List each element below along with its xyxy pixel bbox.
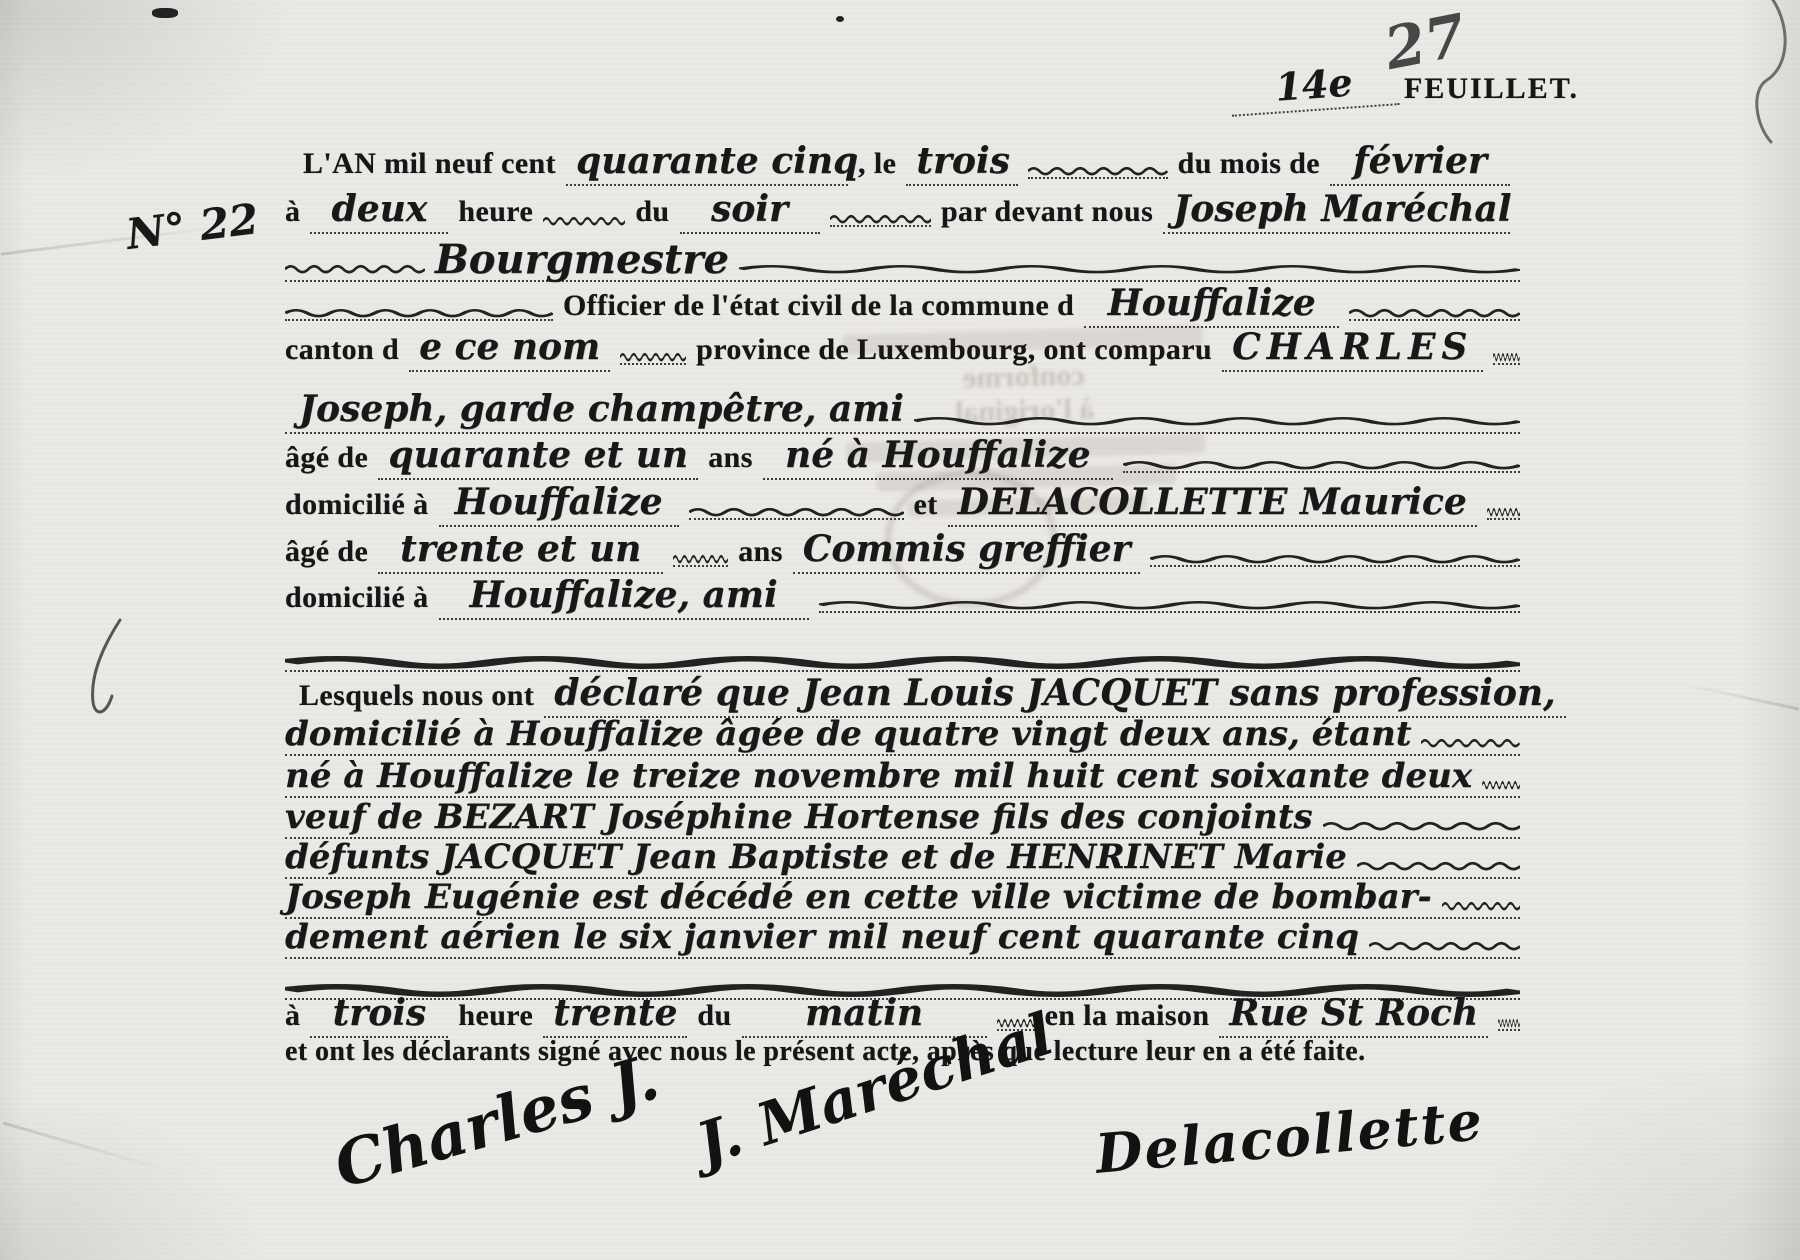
written-age2: trente et un [378, 528, 663, 574]
ink-squiggle [1482, 777, 1520, 791]
form-line-domicile2: domicilié à Houffalize, ami [285, 574, 1520, 618]
declaration-line: Joseph Eugénie est décédé en cette ville… [285, 877, 1520, 919]
ink-squiggle [1028, 163, 1167, 179]
ink-squiggle [673, 551, 728, 567]
printed-text: ans [708, 441, 753, 475]
declaration-line: domicilié à Houffalize âgée de quatre vi… [285, 714, 1520, 756]
ink-squiggle [285, 261, 425, 275]
paperclip-wire [1715, 0, 1800, 165]
written-age1: quarante et un [378, 434, 698, 480]
written-commune: Houffalize [1084, 282, 1339, 328]
ink-squiggle [689, 504, 904, 520]
written-declarant1-details: Joseph, garde champêtre, ami [299, 388, 904, 430]
form-line-age1: âgé de quarante et un ans né à Houffaliz… [285, 434, 1520, 478]
ink-squiggle [1349, 305, 1520, 321]
printed-text: en la maison [1045, 999, 1210, 1033]
declaration-line: veuf de BEZART Joséphine Hortense fils d… [285, 797, 1520, 839]
ink-squiggle [1421, 735, 1520, 749]
ink-squiggle [1357, 858, 1520, 872]
printed-text: province de Luxembourg, ont comparu [696, 333, 1212, 367]
paper-crease [3, 1122, 167, 1172]
ink-speck [152, 8, 178, 18]
written-declaration: né à Houffalize le treize novembre mil h… [285, 756, 1472, 796]
printed-text: Lesquels nous ont [299, 679, 534, 713]
ink-squiggle [1123, 457, 1520, 473]
ink-squiggle [1493, 349, 1520, 365]
written-hour: deux [310, 188, 448, 234]
form-line-declarant1: Joseph, garde champêtre, ami [285, 388, 1520, 434]
printed-text: du [635, 195, 669, 229]
ink-squiggle [1498, 1015, 1520, 1031]
printed-text: Officier de l'état civil de la commune d [563, 289, 1074, 323]
ink-squiggle [914, 413, 1520, 427]
form-line-year: L'AN mil neuf cent quarante cinq , le tr… [285, 140, 1520, 184]
written-declaration: dement aérien le six janvier mil neuf ce… [285, 917, 1359, 957]
written-officer-title: Bourgmestre [435, 236, 729, 283]
ink-squiggle [543, 213, 625, 227]
written-profession2: Commis greffier [793, 528, 1141, 574]
written-birthplace1: né à Houffalize [763, 434, 1113, 480]
ink-squiggle [1487, 504, 1520, 520]
ink-squiggle [1442, 898, 1520, 912]
ink-squiggle [830, 211, 931, 227]
written-officer-name: Joseph Maréchal [1163, 188, 1510, 234]
written-month: février [1330, 140, 1510, 186]
written-declaration: défunts JACQUET Jean Baptiste et de HENR… [285, 837, 1347, 877]
printed-text: , le [858, 147, 896, 181]
written-year: quarante cinq [566, 140, 848, 186]
ink-squiggle [1369, 938, 1520, 952]
written-death-minutes: trente [543, 992, 687, 1038]
ink-speck [836, 16, 844, 22]
form-line-hour: à deux heure du soir par devant nous Jos… [285, 188, 1520, 232]
sheet-number: 14e [1228, 56, 1399, 117]
printed-text: domicilié à [285, 488, 429, 522]
written-day: trois [906, 140, 1018, 186]
written-domicile1: Houffalize [439, 481, 679, 527]
written-death-place: Rue St Roch [1219, 992, 1488, 1038]
written-canton: e ce nom [409, 326, 610, 372]
ink-squiggle [819, 597, 1520, 613]
printed-text: âgé de [285, 535, 368, 569]
form-line-death-time: à trois heure trente du matin en la mais… [285, 992, 1520, 1036]
scanned-death-certificate: conforme à l'original 27 14e FEUILLET. N… [0, 0, 1800, 1260]
act-number: N° 22 [124, 194, 261, 259]
written-declarant2-name: DELACOLLETTE Maurice [948, 481, 1477, 527]
ink-squiggle [1323, 818, 1520, 832]
form-line-declaration-start: Lesquels nous ont déclaré que Jean Louis… [285, 672, 1520, 716]
printed-text: heure [458, 999, 533, 1033]
pencil-checkmark [80, 618, 150, 733]
ink-squiggle [285, 305, 553, 321]
ink-squiggle [285, 652, 1520, 672]
printed-text: et [914, 488, 938, 522]
sheet-header: 14e FEUILLET. [1230, 62, 1579, 111]
printed-text: canton d [285, 333, 399, 367]
written-domicile2: Houffalize, ami [439, 574, 809, 620]
signature-declarant2: Delacollette [1093, 1088, 1486, 1186]
paper-crease [1681, 683, 1799, 711]
ink-squiggle [739, 261, 1520, 275]
form-line-domicile1: domicilié à Houffalize et DELACOLLETTE M… [285, 481, 1520, 525]
separator-scribble [285, 630, 1520, 674]
written-death-hour: trois [310, 992, 448, 1038]
printed-text: du [697, 999, 731, 1033]
form-line-commune: Officier de l'état civil de la commune d… [285, 282, 1520, 326]
printed-text: L'AN mil neuf cent [303, 147, 556, 181]
written-period: soir [680, 188, 820, 234]
written-declarant1-surname: CHARLES [1222, 326, 1483, 372]
printed-text: à [285, 195, 300, 229]
declaration-line: né à Houffalize le treize novembre mil h… [285, 756, 1520, 798]
form-line-age2: âgé de trente et un ans Commis greffier [285, 528, 1520, 572]
printed-text: par devant nous [941, 195, 1153, 229]
written-declaration: domicilié à Houffalize âgée de quatre vi… [285, 714, 1411, 754]
form-line-title: Bourgmestre [285, 236, 1520, 282]
written-declaration: Joseph Eugénie est décédé en cette ville… [285, 877, 1432, 917]
written-declaration: déclaré que Jean Louis JACQUET sans prof… [544, 672, 1565, 718]
printed-text: heure [458, 195, 533, 229]
printed-text: ans [738, 535, 783, 569]
printed-text: âgé de [285, 441, 368, 475]
printed-text: à [285, 999, 300, 1033]
form-line-canton: canton d e ce nom province de Luxembourg… [285, 326, 1520, 370]
ink-squiggle [620, 349, 686, 365]
ink-squiggle [1150, 551, 1520, 567]
sheet-label: FEUILLET. [1404, 72, 1579, 106]
printed-text: du mois de [1178, 147, 1320, 181]
declaration-line: défunts JACQUET Jean Baptiste et de HENR… [285, 837, 1520, 879]
printed-text: domicilié à [285, 581, 429, 615]
printed-text: et ont les déclarants signé avec nous le… [285, 1036, 1366, 1068]
written-declaration: veuf de BEZART Joséphine Hortense fils d… [285, 797, 1313, 837]
declaration-line: dement aérien le six janvier mil neuf ce… [285, 917, 1520, 959]
